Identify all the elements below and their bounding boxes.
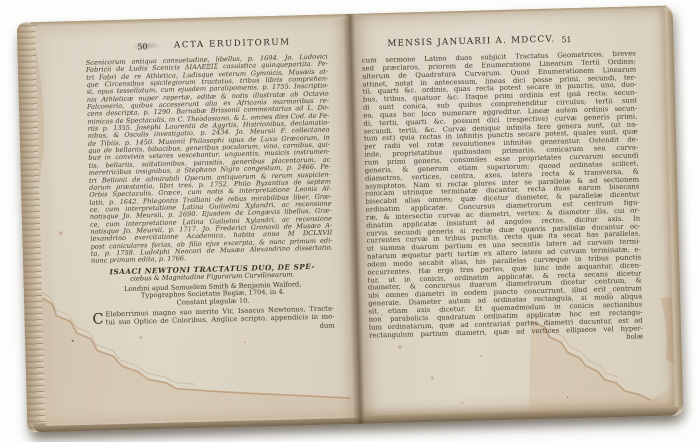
drop-cap-initial: C <box>92 313 103 327</box>
open-book: 50 ACTA ERUDITORUM Scenicorum antiqua co… <box>17 5 684 432</box>
foxing-spot <box>480 355 483 358</box>
right-page-content: MENSIS JANUARII A. MDCCV. 51 cum sermone… <box>361 32 643 347</box>
foxing-spot <box>139 335 143 339</box>
ink-speck <box>567 396 569 398</box>
imprint: Londini apud Samuelem Smith & Benjamin W… <box>92 280 335 309</box>
left-running-title: ACTA ERUDITORUM <box>174 37 291 50</box>
right-page: MENSIS JANUARII A. MDCCV. 51 cum sermone… <box>349 8 675 416</box>
left-page: 50 ACTA ERUDITORUM Scenicorum antiqua co… <box>35 18 359 426</box>
foxing-spot <box>461 401 464 404</box>
review-body-paragraph: cum sermone Latino duos subjicit Tractat… <box>362 50 643 339</box>
foxing-spot <box>243 341 246 344</box>
right-page-number: 51 <box>561 35 571 44</box>
left-page-content: 50 ACTA ERUDITORUM Scenicorum antiqua co… <box>85 37 335 336</box>
left-page-number: 50 <box>137 42 147 51</box>
ink-speck <box>71 339 74 342</box>
foxing-spot <box>430 376 434 380</box>
index-paragraph: Scenicorum antiqua consuetudine, libellu… <box>86 54 333 266</box>
